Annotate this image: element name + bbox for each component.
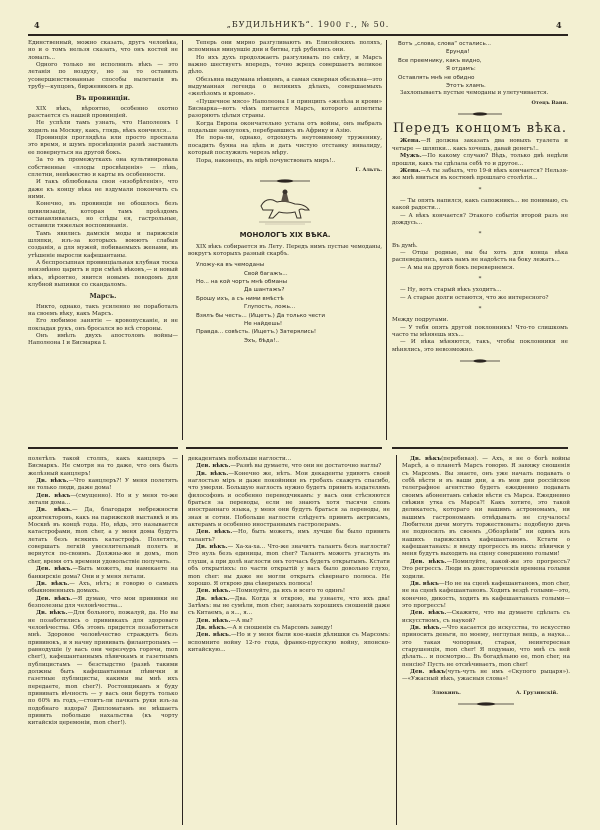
verse-block: Вотъ „слова, слова“ остались...Ерунда!Вс… (398, 40, 568, 90)
signature-left: Злюкинъ. (432, 690, 461, 697)
speaker-label: Дев. вѣкъ (36, 493, 70, 499)
signature-line: Злюкинъ.А. Грузинскій. (402, 686, 570, 697)
speaker-label: Дв. вѣкъ. (196, 625, 227, 631)
dialogue-line: Дев. вѣкъ.—Развѣ вы думаете, что они не … (188, 463, 390, 470)
dialogue-line: Между подругами. (392, 317, 568, 324)
dialogue-text: — А мы на другой бокъ перевернемся. (400, 265, 514, 271)
dialogue-text: — Отцы родные, вы бы хоть для конца вѣка… (392, 250, 568, 263)
paragraph: Пора, наконецъ, въ мірѣ почувствовать ми… (188, 158, 382, 165)
ornament-divider-icon (458, 111, 502, 117)
dialogue-line: — Отцы родные, вы бы хоть для конца вѣка… (392, 250, 568, 265)
verse-line: Правда... совѣсть. (Ищетъ.) Затерялись! (196, 328, 382, 336)
paragraph: Обезьяна выдумана нѣмцемъ, а самая сквер… (188, 77, 382, 99)
dialogue-line: Мужъ.—По какому случаю? Вѣдь, только двѣ… (392, 153, 568, 168)
paragraph: «Пушечное мясо» Наполеона I и принципъ «… (188, 99, 382, 121)
paragraph: И такъ облюбовала свои «изобрѣтенія», чт… (28, 179, 178, 201)
column-divider (396, 455, 397, 825)
page-header: 4 „БУДИЛЬНИКЪ“. 1900 г., № 50. 4 (0, 14, 600, 30)
paragraph: Захлопываетъ пустые чемоданы и улетучива… (392, 90, 568, 97)
dialogue-line: Дв. вѣкъ.—Для больного, пожалуй, да. Но … (28, 610, 178, 728)
paragraph: А беспросыпная провинціальная клубная то… (28, 260, 178, 289)
dialogue-line: Въ думѣ. (392, 243, 568, 250)
dialogue-line: Жена.—А ты забылъ, что 19-й вѣкъ кончает… (392, 168, 568, 183)
dialogue-line: Дев. вѣкъ.—Помилуйте, какой-же это прогр… (402, 559, 570, 581)
dialogue-text: —А вы? (230, 618, 252, 624)
asterisk-separator: * (392, 306, 568, 313)
dialogue-line: — Ты опять напился, какъ сапожникъ... не… (392, 198, 568, 213)
paragraph: Тамъ явились дамскія моды и парижскія шл… (28, 231, 178, 260)
dialogue-line: Дев. вѣкъ.—Скажите, что вы думаете сдѣла… (402, 610, 570, 625)
dialogue-line: — А вѣкъ кончается? Этакого событія втор… (392, 213, 568, 228)
header-rule (28, 34, 568, 36)
column-2-top: Теперь они мирно разгуливаютъ въ Елисейс… (188, 40, 382, 345)
dialogue-text: — У тебя опять другой поклонникъ! Что-то… (392, 325, 568, 338)
dialogue-line: Дв. вѣкъ—Но не на сценѣ кафешантановъ, m… (402, 581, 570, 610)
speaker-label: Дев. вѣкъ. (196, 618, 230, 624)
dialogue-line: Дв. вѣкъ.— Да, благодаря небрежности арх… (28, 507, 178, 566)
dialogue-line: Дев. вѣкъ.—Я думаю, что мои прививки не … (28, 596, 178, 611)
speaker-label: Дв. вѣкъ. (410, 625, 441, 631)
asterisk-separator: * (392, 187, 568, 194)
dialogue-line: — Ну, вотъ старый вѣкъ уходитъ... (392, 287, 568, 294)
dialogue-line: Дев. вѣкъ(чуть-чуть не имъ «Скупого рыца… (402, 669, 570, 684)
column-divider (386, 40, 387, 440)
verse-line: Свой багажъ... (196, 270, 382, 278)
dialogue-line: Дв. вѣкъ(перебивая). — Ахъ, я не о богѣ … (402, 456, 570, 559)
verse-line: Глупость, ложь... (196, 303, 382, 311)
dialogue-line: Дв. вѣкъ.—Два. Когда я открою, вы узнает… (188, 596, 390, 618)
asterisk-separator: * (392, 276, 568, 283)
section-heading: Въ провинціи. (28, 95, 178, 102)
dialogue-line: Дев. вѣкъ.—Но и у меня были кое-какія дѣ… (188, 632, 390, 654)
newspaper-page: 4 „БУДИЛЬНИКЪ“. 1900 г., № 50. 4 Единств… (0, 0, 600, 830)
horse-rider-illustration-icon (255, 188, 315, 226)
speaker-label: Дев. вѣкъ. (196, 632, 231, 638)
speaker-label: Дев. вѣкъ. (410, 610, 446, 616)
page-number-right: 4 (556, 20, 562, 30)
dialogue-text: —Развѣ вы думаете, что они не достаточно… (230, 463, 381, 469)
dialogue-line: Жена.—Я должна заказать два новыхъ туале… (392, 138, 568, 153)
speaker-label: Дев. вѣкъ. (36, 596, 72, 602)
speaker-label: Дв. вѣкъ. (36, 507, 72, 513)
section-rule (28, 447, 178, 449)
dialogue-text: —Конечно же, нѣтъ. Мои декаденты удивятъ… (188, 471, 390, 528)
dialogue-text: — А вѣкъ кончается? Этакого событія втор… (392, 213, 568, 226)
dialogue-line: — А старые долги остаются, что же интере… (392, 295, 568, 302)
dialogue-line: Дев. вѣкъ.—Быть можетъ, вы намекаете на … (28, 566, 178, 581)
section-title: Передъ концомъ вѣка. (392, 125, 568, 132)
speaker-label: Дв. вѣкъ. (36, 581, 69, 587)
verse-line: Но... на кой чортъ мнѣ обманы (196, 278, 382, 286)
ornament-divider-icon (458, 701, 514, 707)
paragraph: Когда Европа окончательно устала отъ вой… (188, 121, 382, 136)
column-divider (182, 455, 183, 825)
section-rule (186, 447, 382, 449)
paragraph: Никто, однако, такъ усиленно не поработа… (28, 304, 178, 319)
paragraph: Но ихъ духъ продолжаетъ разгуливать по с… (188, 55, 382, 77)
paragraph: Онъ имѣлъ двухъ апостоловъ войны—Наполео… (28, 333, 178, 348)
dialogue-text: — И вѣка мѣняются, такъ, чтобы поклонник… (392, 339, 568, 352)
dialogue-text: — Ты опять напился, какъ сапожникъ... не… (392, 198, 568, 211)
dialogue-line: Дев. вѣкъ.—А вы? (188, 618, 390, 625)
speaker-label: Дев. вѣкъ. (410, 559, 447, 565)
verse-line: Все преемнику, какъ видно, (398, 57, 568, 65)
dialogue-line: — У тебя опять другой поклонникъ! Что-то… (392, 325, 568, 340)
paragraph: Не успѣли тамъ узнать, что Наполеонъ I х… (28, 120, 178, 135)
speaker-label: Мужъ. (400, 153, 422, 159)
dialogue-line: Дв. вѣкъ.— Ха-ха-ха... Что-же значитъ та… (188, 544, 390, 588)
dialogue-line: — А мы на другой бокъ перевернемся. (392, 265, 568, 272)
verse-line: Я отдамъ: (398, 65, 568, 73)
paragraph: Его любимое занятіе — кровопусканіе, и н… (28, 318, 178, 333)
verse-line: Взялъ бы честь... (Ищетъ.) Да только чес… (196, 312, 382, 320)
paragraph: Единственный, можно сказать, другъ челов… (28, 40, 178, 62)
dialogue-text: декадентамъ побольше наглости... (188, 456, 291, 462)
signature: Г. Альтъ. (188, 167, 382, 174)
verse-line: Брошу ихъ, а съ ними вмѣстѣ (196, 295, 382, 303)
dialogue-line: — И вѣка мѣняются, такъ, чтобы поклонник… (392, 339, 568, 354)
speaker-label: Дв. вѣкъ. (36, 610, 68, 616)
dialogue-line: Дев. вѣкъ—(смущенно). Но и у меня то-же … (28, 493, 178, 508)
section-rule (392, 447, 568, 449)
column-3-bottom: Дв. вѣкъ(перебивая). — Ахъ, я не о богѣ … (402, 456, 570, 711)
speaker-label: Дев. вѣкъ. (196, 529, 232, 535)
speaker-label: Жена. (400, 168, 421, 174)
ornament-divider-icon (260, 178, 310, 184)
dialogue-text: (перебивая). — Ахъ, я не о богѣ войны Ма… (402, 456, 570, 557)
dialogue-text: — А старые долги остаются, что же интере… (400, 295, 548, 301)
verse-line: Уложу-ка въ чемоданы (196, 261, 382, 269)
dialogue-line: Дв. вѣкъ.—Что канцлеръ?! У меня полетятъ… (28, 478, 178, 493)
dialogue-line: Дв. вѣкъ.— Ахъ, нѣтъ; я говорю о самыхъ … (28, 581, 178, 596)
column-2-bottom: декадентамъ побольше наглости...Дев. вѣк… (188, 456, 390, 654)
paragraph: XIX вѣкъ собирается въ Лету. Передъ нимъ… (188, 244, 382, 259)
dialogue-text: — Ну, вотъ старый вѣкъ уходитъ... (400, 287, 501, 293)
asterisk-separator: * (392, 231, 568, 238)
section-heading: Марсъ. (28, 293, 178, 300)
speaker-label: Дев. вѣкъ. (196, 588, 230, 594)
dialogue-line: полетѣлъ такой столпъ, какъ канцлеръ — Б… (28, 456, 178, 478)
speaker-label: Дв. вѣкъ (410, 456, 441, 462)
dialogue-line: Дев. вѣкъ.—Помилуйте, да ихъ и всего то … (188, 588, 390, 595)
paragraph: Одного только не исполнилъ вѣкъ — это ле… (28, 62, 178, 91)
verse-line: Этотъ хламъ. (398, 82, 568, 90)
verse-line: Ерунда! (398, 48, 568, 56)
column-1-bottom: полетѣлъ такой столпъ, какъ канцлеръ — Б… (28, 456, 178, 728)
speaker-label: Дев. вѣкъ (410, 669, 445, 675)
ornament-divider-icon (460, 358, 500, 364)
speaker-label: Жена. (400, 138, 421, 144)
column-3-top: Вотъ „слова, слова“ остались...Ерунда!Вс… (392, 40, 568, 368)
masthead: „БУДИЛЬНИКЪ“. 1900 г., № 50. (188, 20, 428, 29)
verse-block: Уложу-ка въ чемоданыСвой багажъ...Но... … (196, 261, 382, 345)
paragraph: Провинція проглядѣла или просто проспала… (28, 135, 178, 157)
speaker-label: Дв. вѣкъ. (196, 596, 229, 602)
speaker-label: Дв. вѣкъ. (36, 478, 68, 484)
dialogue-text: —Для больного, пожалуй, да. Но вы не поз… (28, 610, 178, 726)
column-1-top: Единственный, можно сказать, другъ челов… (28, 40, 178, 348)
dialogue-text: —Помилуйте, да ихъ и всего то одинъ! (230, 588, 345, 594)
paragraph: Теперь они мирно разгуливаютъ въ Елисейс… (188, 40, 382, 55)
dialogue-line: Дев. вѣкъ.—Но, быть можетъ, имъ лучше бы… (188, 529, 390, 544)
paragraph: Конечно, въ провинціи не обошлось безъ ц… (28, 201, 178, 230)
dialogue-text: полетѣлъ такой столпъ, какъ канцлеръ — Б… (28, 456, 178, 477)
paragraph: XIX вѣкъ, вѣроятно, особенно охотно разс… (28, 106, 178, 121)
paragraph: Не пора-ли, однако, отдохнуть неутомимом… (188, 135, 382, 157)
page-number-left: 4 (34, 20, 40, 30)
dialogue-line: Дв. вѣкъ.—Конечно же, нѣтъ. Мои декадент… (188, 471, 390, 530)
speaker-label: Дв. вѣкъ. (196, 471, 228, 477)
paragraph: За то въ промежуткахъ она культивировала… (28, 157, 178, 179)
verse-line: Оставлять мнѣ не обидно (398, 74, 568, 82)
monologue-title: МОНОЛОГЪ XIX ВѢКА. (188, 232, 382, 239)
dialogue-text: —Что касается до искусства, то искусство… (402, 625, 570, 668)
column-divider (182, 40, 183, 440)
dialogue-text: —А я сношенія съ Марсомъ заведу! (227, 625, 333, 631)
speaker-label: Дв. вѣкъ. (196, 544, 228, 550)
verse-line: Вотъ „слова, слова“ остались... (398, 40, 568, 48)
signature: Отецъ Ваня. (392, 100, 568, 107)
verse-line: Эхъ, бѣда!.. (196, 337, 382, 345)
dialogue-text: — Ха-ха-ха... Что-же значитъ талантъ без… (188, 544, 390, 587)
dialogue-text: Между подругами. (392, 317, 448, 323)
signature-right: А. Грузинскій. (516, 690, 558, 697)
verse-line: Да шантажъ? (196, 286, 382, 294)
speaker-label: Дев. вѣкъ. (196, 463, 230, 469)
speaker-label: Дев. вѣкъ. (36, 566, 72, 572)
dialogue-line: Дв. вѣкъ.—Что касается до искусства, то … (402, 625, 570, 669)
dialogue-text: Въ думѣ. (392, 243, 418, 249)
speaker-label: Дв. вѣкъ (410, 581, 439, 587)
dialogue-text: — Да, благодаря небрежности архитекторов… (28, 507, 178, 564)
verse-line: Не найдешь! (196, 320, 382, 328)
